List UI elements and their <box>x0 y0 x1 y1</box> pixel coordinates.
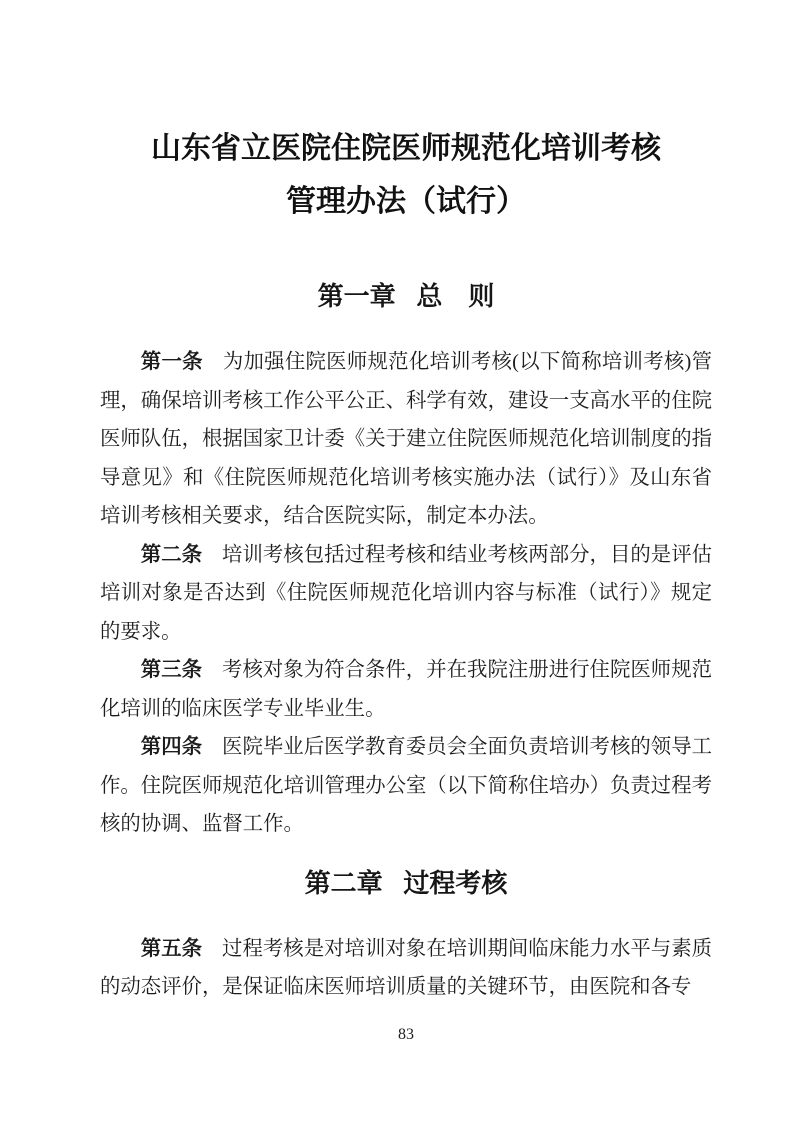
article-paragraph-3: 第三条考核对象为符合条件，并在我院注册进行住院医师规范化培训的临床医学专业毕业生… <box>100 651 712 728</box>
article-1-text: 为加强住院医师规范化培训考核(以下简称培训考核)管理，确保培训考核工作公平公正、… <box>100 351 712 527</box>
document-title: 山东省立医院住院医师规范化培训考核 管理办法（试行） <box>100 122 712 228</box>
chapter-2-number: 第二章 <box>305 868 383 898</box>
chapter-1-name: 总 则 <box>416 281 494 311</box>
document-title-line-2: 管理办法（试行） <box>100 175 712 228</box>
page-number: 83 <box>100 1025 712 1044</box>
article-paragraph-4: 第四条医院毕业后医学教育委员会全面负责培训考核的领导工作。住院医师规范化培训管理… <box>100 728 712 844</box>
chapter-1-number: 第一章 <box>318 281 396 311</box>
article-2-number: 第二条 <box>141 544 202 566</box>
article-4-number: 第四条 <box>141 736 202 758</box>
chapter-2-name: 过程考核 <box>403 868 507 898</box>
chapter-heading-2: 第二章过程考核 <box>100 866 712 900</box>
article-paragraph-2: 第二条培训考核包括过程考核和结业考核两部分，目的是评估培训对象是否达到《住院医师… <box>100 536 712 652</box>
chapter-heading-1: 第一章总 则 <box>100 279 712 313</box>
article-3-number: 第三条 <box>141 659 202 681</box>
document-page: 山东省立医院住院医师规范化培训考核 管理办法（试行） 第一章总 则 第一条为加强… <box>0 0 800 1044</box>
article-5-number: 第五条 <box>141 938 202 960</box>
article-paragraph-5: 第五条过程考核是对培训对象在培训期间临床能力水平与素质的动态评价，是保证临床医师… <box>100 930 712 1007</box>
article-1-number: 第一条 <box>141 351 203 373</box>
document-title-line-1: 山东省立医院住院医师规范化培训考核 <box>100 122 712 175</box>
article-paragraph-1: 第一条为加强住院医师规范化培训考核(以下简称培训考核)管理，确保培训考核工作公平… <box>100 343 712 536</box>
